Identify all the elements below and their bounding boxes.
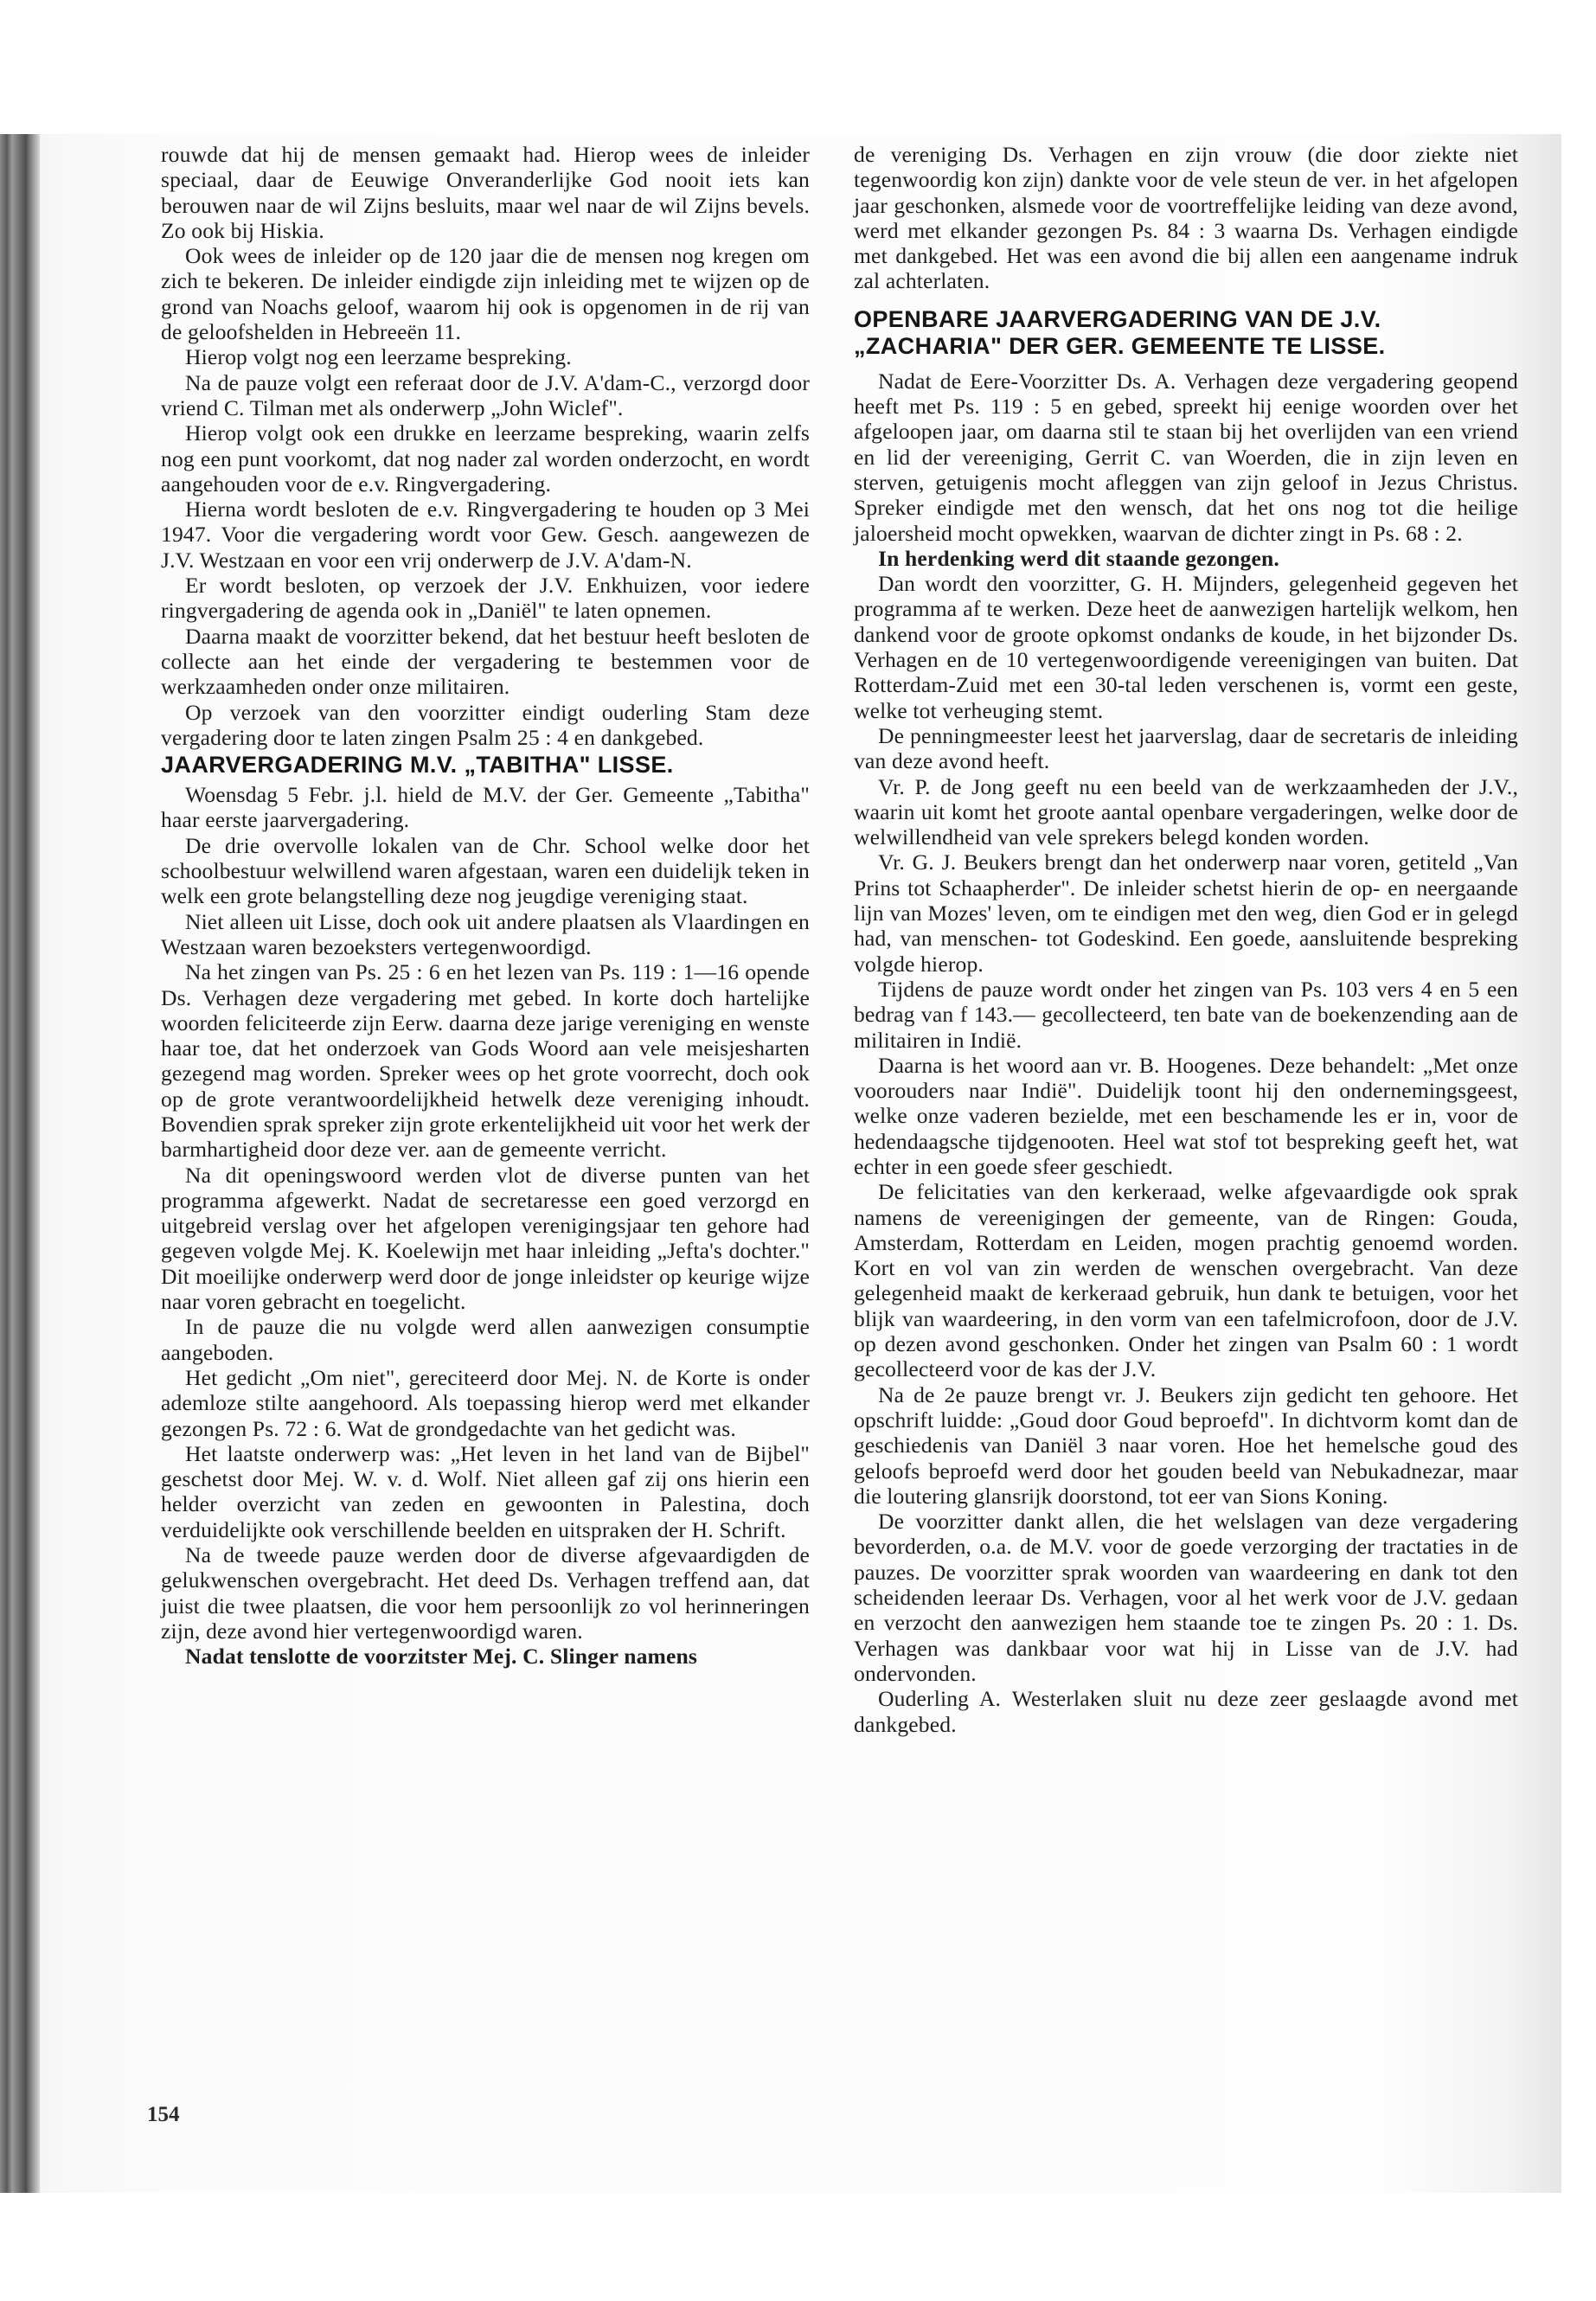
paragraph: Niet alleen uit Lisse, doch ook uit ande… xyxy=(161,909,810,960)
paragraph: Hierop volgt ook een drukke en leerzame … xyxy=(161,420,810,497)
paragraph: Vr. G. J. Beukers brengt dan het onderwe… xyxy=(854,849,1518,976)
section-heading-zacharia: OPENBARE JAARVERGADERING VAN DE J.V. „ZA… xyxy=(854,306,1518,360)
paragraph: In de pauze die nu volgde werd allen aan… xyxy=(161,1314,810,1365)
paragraph: de vereniging Ds. Verhagen en zijn vrouw… xyxy=(854,142,1518,294)
paragraph: Ouderling A. Westerlaken sluit nu deze z… xyxy=(854,1686,1518,1737)
page-number: 154 xyxy=(147,2103,180,2127)
heading-line-1: OPENBARE JAARVERGADERING VAN DE J.V. xyxy=(854,306,1518,333)
paragraph: Daarna is het woord aan vr. B. Hoogenes.… xyxy=(854,1053,1518,1179)
paragraph: Na de 2e pauze brengt vr. J. Beukers zij… xyxy=(854,1382,1518,1509)
page-binding-edge xyxy=(0,134,40,2193)
paragraph: Dan wordt den voorzitter, G. H. Mijnders… xyxy=(854,571,1518,723)
paragraph: Na dit openingswoord werden vlot de dive… xyxy=(161,1163,810,1315)
paragraph: Op verzoek van den voorzitter eindigt ou… xyxy=(161,700,810,751)
paragraph: rouwde dat hij de mensen gemaakt had. Hi… xyxy=(161,142,810,243)
paragraph: Hierop volgt nog een leerzame bespreking… xyxy=(161,344,810,369)
paragraph: Nadat de Eere-Voorzitter Ds. A. Verhagen… xyxy=(854,369,1518,546)
paragraph: Tijdens de pauze wordt onder het zingen … xyxy=(854,977,1518,1053)
paragraph: Vr. P. de Jong geeft nu een beeld van de… xyxy=(854,774,1518,850)
paragraph: Het laatste onderwerp was: „Het leven in… xyxy=(161,1441,810,1542)
paragraph: In herdenking werd dit staande gezongen. xyxy=(854,546,1518,571)
paragraph: Er wordt besloten, op verzoek der J.V. E… xyxy=(161,573,810,624)
paragraph: Hierna wordt besloten de e.v. Ringvergad… xyxy=(161,497,810,573)
paragraph: Het gedicht „Om niet", gereciteerd door … xyxy=(161,1365,810,1441)
paragraph: Na het zingen van Ps. 25 : 6 en het leze… xyxy=(161,959,810,1162)
paragraph: Na de tweede pauze werden door de divers… xyxy=(161,1542,810,1644)
section-heading-tabitha: JAARVERGADERING M.V. „TABITHA" LISSE. xyxy=(161,752,810,779)
paragraph: De voorzitter dankt allen, die het welsl… xyxy=(854,1509,1518,1686)
paragraph: Woensdag 5 Febr. j.l. hield de M.V. der … xyxy=(161,782,810,833)
paragraph: Nadat tenslotte de voorzitster Mej. C. S… xyxy=(161,1644,810,1669)
paragraph: De felicitaties van den kerkeraad, welke… xyxy=(854,1179,1518,1381)
right-column: de vereniging Ds. Verhagen en zijn vrouw… xyxy=(854,142,1518,1737)
left-column: rouwde dat hij de mensen gemaakt had. Hi… xyxy=(161,142,810,1670)
paragraph: Daarna maakt de voorzitter bekend, dat h… xyxy=(161,624,810,700)
paragraph: Ook wees de inleider op de 120 jaar die … xyxy=(161,243,810,344)
paragraph: De penningmeester leest het jaarverslag,… xyxy=(854,723,1518,774)
paragraph: De drie overvolle lokalen van de Chr. Sc… xyxy=(161,833,810,909)
heading-line-2: „ZACHARIA" DER GER. GEMEENTE TE LISSE. xyxy=(854,333,1518,360)
paragraph: Na de pauze volgt een referaat door de J… xyxy=(161,370,810,421)
